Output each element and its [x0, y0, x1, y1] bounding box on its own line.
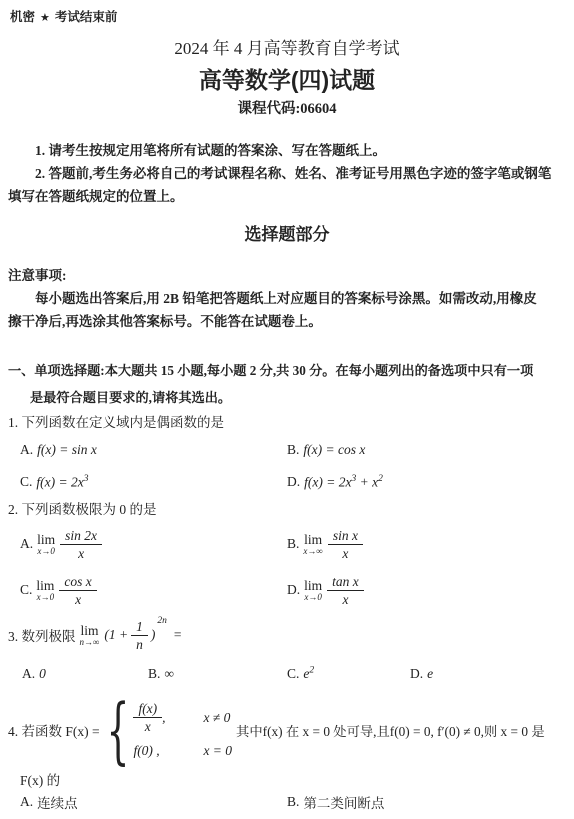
- fraction: tan xx: [327, 574, 364, 607]
- case1-condition: x ≠ 0: [203, 710, 230, 726]
- case2-condition: x = 0: [203, 743, 232, 759]
- case2-expression: f(0) ,: [133, 743, 159, 759]
- option-text: 连续点: [37, 792, 78, 812]
- general-instructions: 1. 请考生按规定用笔将所有试题的答案涂、写在答题纸上。 2. 答题前,考生务必…: [8, 139, 566, 208]
- section-title: 选择题部分: [8, 223, 566, 247]
- q4-tail-line-2: F(x) 的: [20, 770, 566, 792]
- q4-tail-text: 其中f(x) 在 x = 0 处可导,且f(0) = 0, f′(0) ≠ 0,…: [236, 721, 545, 740]
- q2-option-d: D. limx→0 tan xx: [287, 567, 566, 613]
- q3-close-paren: ): [151, 627, 156, 643]
- limit-operator: limx→0: [36, 579, 54, 602]
- q3-equals: =: [174, 627, 182, 643]
- case-row-1: f(x)x , x ≠ 0: [133, 701, 232, 734]
- course-code-line: 课程代码:06604: [8, 100, 566, 119]
- question-3-options: A.0 B.∞ C.e2 D.e: [22, 663, 566, 685]
- instruction-line-1: 1. 请考生按规定用笔将所有试题的答案涂、写在答题纸上。: [8, 139, 566, 162]
- question-2-options: A. limx→0 sin 2xx B. limx→∞ sin xx C. li…: [20, 521, 566, 613]
- option-label: C.: [20, 474, 32, 490]
- classification-banner: 机密★考试结束前: [10, 10, 566, 26]
- exam-paper-page: 机密★考试结束前 2024 年 4 月高等教育自学考试 高等数学(四)试题 课程…: [0, 0, 574, 812]
- option-label: B.: [287, 794, 299, 810]
- option-label: B.: [287, 536, 299, 552]
- q3-stem-text: 3. 数列极限: [8, 625, 76, 645]
- fraction-numerator: tan x: [327, 574, 364, 591]
- q3-open-paren: (1 +: [104, 627, 128, 643]
- fraction-denominator: n: [136, 636, 143, 652]
- part-one-heading-line-2: 是最符合题目要求的,请将其选出。: [8, 384, 566, 411]
- question-4-stem: 4. 若函数 F(x) = { f(x)x , x ≠ 0 f(0) , x =…: [8, 695, 566, 765]
- q3-option-c: C.e2: [287, 666, 410, 683]
- option-label: A.: [20, 442, 33, 458]
- q3-option-b: B.∞: [148, 666, 287, 682]
- fraction: sin 2xx: [60, 528, 102, 561]
- option-formula: f(x) = cos x: [303, 442, 365, 458]
- star-icon: ★: [40, 12, 50, 24]
- q1-option-b: B. f(x) = cos x: [287, 434, 566, 466]
- cases-brace: {: [106, 695, 129, 765]
- fraction: 1n: [131, 619, 148, 652]
- option-label: D.: [287, 474, 300, 490]
- option-label: A.: [20, 536, 33, 552]
- q1-option-d: D. f(x) = 2x3 + x2: [287, 466, 566, 498]
- question-1-options: A. f(x) = sin x B. f(x) = cos x C. f(x) …: [20, 434, 566, 498]
- option-label: A.: [20, 794, 33, 810]
- fraction: f(x)x: [133, 701, 162, 734]
- option-label: B.: [287, 442, 299, 458]
- instruction-line-2a: 2. 答题前,考生务必将自己的考试课程名称、姓名、准考证号用黑色字迹的签字笔或钢…: [8, 162, 566, 185]
- limit-operator: limx→∞: [303, 533, 322, 556]
- exam-session-title: 2024 年 4 月高等教育自学考试: [8, 37, 566, 61]
- fraction-denominator: x: [78, 545, 84, 561]
- option-formula: f(x) = sin x: [37, 442, 97, 458]
- option-text: 第二类间断点: [303, 792, 384, 812]
- question-1-stem: 1. 下列函数在定义域内是偶函数的是: [8, 411, 566, 434]
- fraction-numerator: cos x: [59, 574, 96, 591]
- classification-right: 考试结束前: [55, 10, 118, 24]
- q4-option-b: B. 第二类间断点: [287, 792, 566, 812]
- fraction-numerator: sin 2x: [60, 528, 102, 545]
- notice-line-2: 擦干净后,再选涂其他答案标号。不能答在试题卷上。: [8, 310, 566, 333]
- classification-left: 机密: [10, 10, 35, 24]
- fraction-denominator: x: [342, 591, 348, 607]
- case1-comma: ,: [162, 710, 165, 726]
- option-formula: f(x) = 2x3: [36, 474, 88, 491]
- fraction-numerator: sin x: [328, 528, 363, 545]
- q2-option-b: B. limx→∞ sin xx: [287, 521, 566, 567]
- limit-operator: limx→0: [37, 533, 55, 556]
- fraction: sin xx: [328, 528, 363, 561]
- q3-option-a: A.0: [22, 666, 148, 682]
- q3-exponent: 2n: [157, 616, 167, 626]
- fraction-numerator: 1: [131, 619, 148, 636]
- limit-operator: limx→0: [304, 579, 322, 602]
- q4-stem-text: 4. 若函数 F(x) =: [8, 720, 100, 740]
- q1-option-a: A. f(x) = sin x: [20, 434, 287, 466]
- notice-line-1: 每小题选出答案后,用 2B 铅笔把答题纸上对应题目的答案标号涂黑。如需改动,用橡…: [8, 287, 566, 310]
- question-3-stem: 3. 数列极限 limn→∞ (1 + 1n ) 2n =: [8, 613, 566, 657]
- q3-option-d: D.e: [410, 666, 566, 682]
- q1-option-c: C. f(x) = 2x3: [20, 466, 287, 498]
- instruction-line-2b: 填写在答题纸规定的位置上。: [8, 185, 566, 208]
- q2-option-a: A. limx→0 sin 2xx: [20, 521, 287, 567]
- fraction-numerator: f(x): [133, 701, 162, 718]
- option-label: C.: [20, 582, 32, 598]
- part-one-heading-line-1: 一、单项选择题:本大题共 15 小题,每小题 2 分,共 30 分。在每小题列出…: [8, 357, 566, 384]
- notice-heading: 注意事项:: [8, 264, 566, 287]
- piecewise-cases: f(x)x , x ≠ 0 f(0) , x = 0: [133, 701, 232, 759]
- q4-option-a: A. 连续点: [20, 792, 287, 812]
- paper-title: 高等数学(四)试题: [8, 65, 566, 96]
- option-label: D.: [287, 582, 300, 598]
- fraction-denominator: x: [145, 718, 151, 734]
- part-one-heading: 一、单项选择题:本大题共 15 小题,每小题 2 分,共 30 分。在每小题列出…: [8, 357, 566, 411]
- fraction-denominator: x: [75, 591, 81, 607]
- limit-operator: limn→∞: [80, 624, 100, 647]
- q2-option-c: C. limx→0 cos xx: [20, 567, 287, 613]
- question-2-stem: 2. 下列函数极限为 0 的是: [8, 498, 566, 521]
- fraction: cos xx: [59, 574, 96, 607]
- question-4-options: A. 连续点 B. 第二类间断点: [20, 792, 566, 812]
- fraction-denominator: x: [342, 545, 348, 561]
- option-formula: f(x) = 2x3 + x2: [304, 474, 383, 491]
- case-row-2: f(0) , x = 0: [133, 743, 232, 759]
